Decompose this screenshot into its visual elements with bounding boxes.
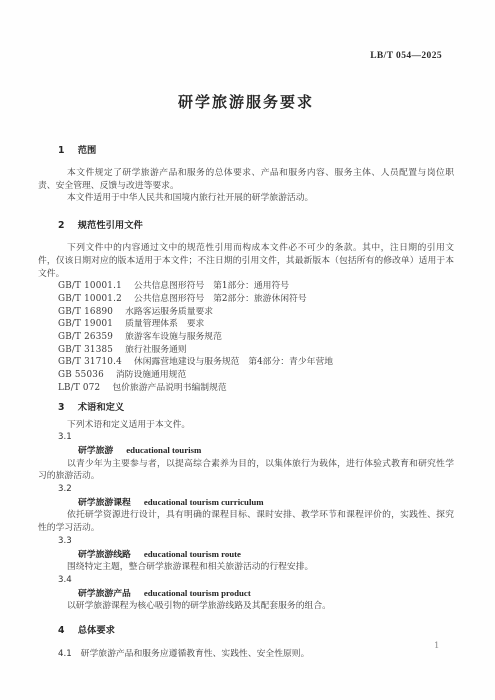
general-clause: 4.1研学旅游产品和服务应遵循教育性、实践性、安全性原则。 — [38, 648, 454, 661]
general-clause-text: 研学旅游产品和服务应遵循教育性、实践性、安全性原则。 — [81, 649, 310, 659]
section-references-heading: 2 规范性引用文件 — [38, 220, 454, 231]
term-entry: 3.1 研学旅游 educational tourism 以青少年为主要参与者，… — [38, 431, 454, 483]
reference-item: GB/T 10001.2公共信息图形符号 第2部分：旅游休闲符号 — [38, 293, 454, 306]
section-scope-number: 1 — [58, 145, 64, 156]
section-general-number: 4 — [58, 625, 64, 636]
reference-title: 水路客运服务质量要求 — [125, 307, 213, 317]
reference-item: GB/T 31385旅行社服务通则 — [38, 344, 454, 357]
term-number: 3.4 — [38, 574, 454, 587]
term-number: 3.3 — [38, 535, 454, 548]
reference-code: GB/T 10001.1 — [58, 281, 122, 291]
term-definition: 围绕特定主题，整合研学旅游课程和相关旅游活动的行程安排。 — [38, 561, 454, 574]
term-name: 研学旅游 educational tourism — [38, 444, 454, 458]
term-name: 研学旅游课程 educational tourism curriculum — [38, 496, 454, 510]
section-references-label: 规范性引用文件 — [78, 220, 143, 231]
term-name-en: educational tourism curriculum — [144, 497, 264, 507]
section-scope-label: 范围 — [78, 145, 97, 156]
section-general-label: 总体要求 — [78, 625, 115, 636]
page-number: 1 — [434, 641, 439, 651]
reference-title: 包价旅游产品说明书编制规范 — [112, 383, 226, 393]
reference-item: GB/T 16890水路客运服务质量要求 — [38, 306, 454, 319]
scope-paragraph: 本文件规定了研学旅游产品和服务的总体要求、产品和服务内容、服务主体、人员配置与岗… — [38, 167, 454, 192]
term-definition: 以研学旅游课程为核心吸引物的研学旅游线路及其配套服务的组合。 — [38, 600, 454, 613]
reference-title: 公共信息图形符号 第2部分：旅游休闲符号 — [134, 294, 307, 304]
references-intro: 下列文件中的内容通过文中的规范性引用而构成本文件必不可少的条款。其中，注日期的引… — [38, 242, 454, 280]
reference-code: GB/T 19001 — [58, 319, 113, 329]
standard-document-page: LB/T 054—2025 研学旅游服务要求 1 范围 本文件规定了研学旅游产品… — [0, 0, 495, 700]
reference-title: 旅行社服务通则 — [125, 345, 187, 355]
term-name-en: educational tourism product — [144, 588, 251, 598]
page-content: LB/T 054—2025 研学旅游服务要求 1 范围 本文件规定了研学旅游产品… — [38, 0, 454, 661]
reference-item: GB/T 31710.4休闲露营地建设与服务规范 第4部分：青少年营地 — [38, 356, 454, 369]
section-terms-number: 3 — [58, 402, 64, 413]
reference-code: GB/T 16890 — [58, 307, 113, 317]
term-definition: 依托研学资源进行设计，具有明确的课程目标、课时安排、教学环节和课程评价的，实践性… — [38, 509, 454, 534]
reference-title: 休闲露营地建设与服务规范 第4部分：青少年营地 — [134, 357, 333, 367]
reference-code: LB/T 072 — [58, 383, 100, 393]
term-number: 3.1 — [38, 431, 454, 444]
reference-code: GB/T 26359 — [58, 332, 113, 342]
term-name: 研学旅游产品 educational tourism product — [38, 587, 454, 601]
term-name-zh: 研学旅游产品 — [78, 589, 131, 599]
reference-item: LB/T 072包价旅游产品说明书编制规范 — [38, 382, 454, 395]
general-clause-number: 4.1 — [58, 649, 72, 659]
term-name-en: educational tourism — [126, 445, 201, 455]
term-entry: 3.2 研学旅游课程 educational tourism curriculu… — [38, 483, 454, 535]
reference-title: 公共信息图形符号 第1部分：通用符号 — [134, 281, 289, 291]
reference-item: GB/T 10001.1公共信息图形符号 第1部分：通用符号 — [38, 280, 454, 293]
term-name-zh: 研学旅游线路 — [78, 550, 131, 560]
page-title: 研学旅游服务要求 — [38, 91, 454, 112]
reference-code: GB/T 31385 — [58, 345, 113, 355]
term-name-zh: 研学旅游 — [78, 446, 113, 456]
reference-title: 质量管理体系 要求 — [125, 319, 204, 329]
term-entry: 3.3 研学旅游线路 educational tourism route 围绕特… — [38, 535, 454, 574]
term-number: 3.2 — [38, 483, 454, 496]
section-terms-label: 术语和定义 — [78, 402, 125, 413]
reference-code: GB 55036 — [58, 370, 104, 380]
section-general-heading: 4 总体要求 — [38, 625, 454, 636]
reference-code: GB/T 31710.4 — [58, 357, 122, 367]
reference-item: GB 55036消防设施通用规范 — [38, 369, 454, 382]
doc-number: LB/T 054—2025 — [38, 0, 454, 61]
term-definition: 以青少年为主要参与者，以提高综合素养为目的，以集体旅行为载体，进行体验式教育和研… — [38, 458, 454, 483]
term-name: 研学旅游线路 educational tourism route — [38, 548, 454, 562]
reference-title: 旅游客车设施与服务规范 — [125, 332, 222, 342]
scope-paragraph: 本文件适用于中华人民共和国境内旅行社开展的研学旅游活动。 — [38, 192, 454, 205]
terms-intro: 下列术语和定义适用于本文件。 — [38, 419, 454, 432]
term-name-zh: 研学旅游课程 — [78, 498, 131, 508]
section-scope-heading: 1 范围 — [38, 145, 454, 156]
section-terms-heading: 3 术语和定义 — [38, 402, 454, 413]
reference-code: GB/T 10001.2 — [58, 294, 122, 304]
section-references-number: 2 — [58, 220, 64, 231]
term-entry: 3.4 研学旅游产品 educational tourism product 以… — [38, 574, 454, 613]
reference-item: GB/T 19001质量管理体系 要求 — [38, 318, 454, 331]
reference-item: GB/T 26359旅游客车设施与服务规范 — [38, 331, 454, 344]
reference-title: 消防设施通用规范 — [116, 370, 186, 380]
term-name-en: educational tourism route — [144, 549, 241, 559]
